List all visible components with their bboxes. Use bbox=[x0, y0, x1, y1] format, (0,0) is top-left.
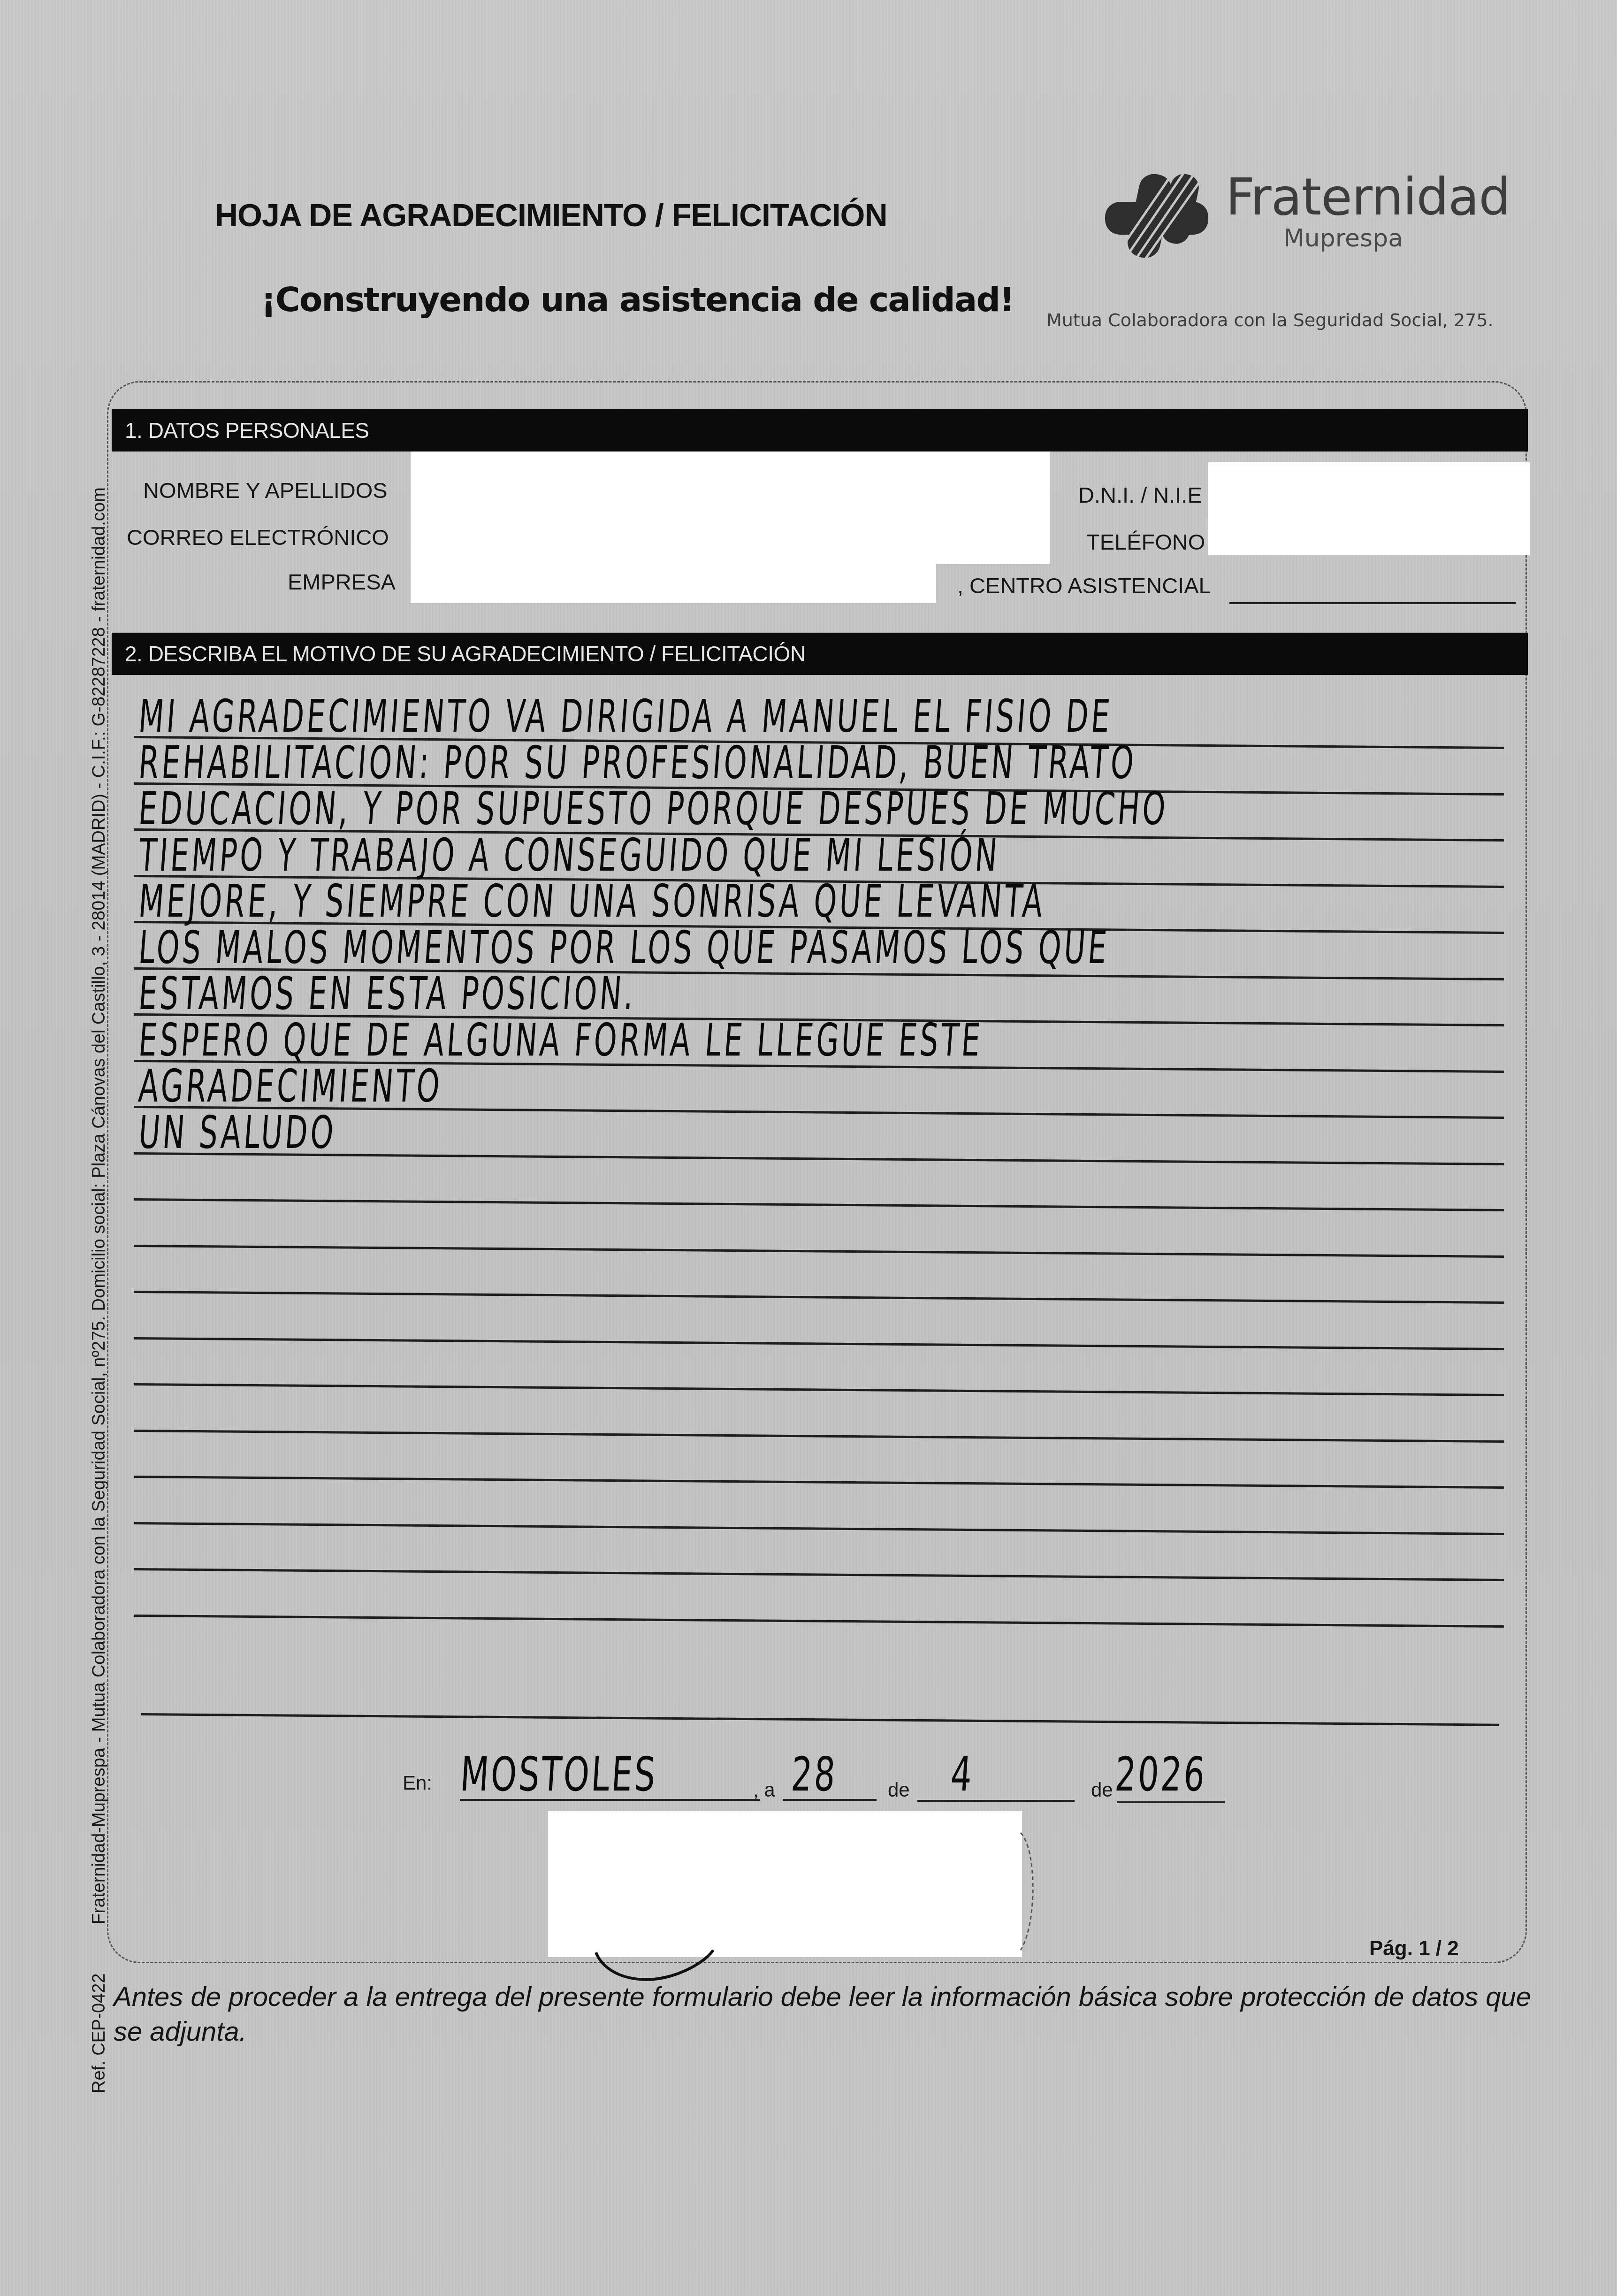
handwritten-line: LOS MALOS MOMENTOS POR LOS QUE PASAMOS L… bbox=[137, 921, 1111, 974]
section-title: 2. DESCRIBA EL MOTIVO DE SU AGRADECIMIEN… bbox=[125, 641, 806, 666]
signature-box-edge bbox=[1018, 1830, 1046, 1952]
side-legal-text: Fraternidad-Muprespa - Mutua Colaborador… bbox=[89, 487, 109, 1924]
company-field-redacted[interactable] bbox=[411, 563, 936, 603]
place-line bbox=[460, 1799, 760, 1801]
handwritten-line: MI AGRADECIMIENTO VA DIRIGIDA A MANUEL E… bbox=[137, 690, 1114, 742]
form-frame bbox=[107, 381, 1527, 1963]
day-line bbox=[783, 1799, 877, 1801]
handwritten-line: TIEMPO Y TRABAJO A CONSEGUIDO QUE MI LES… bbox=[137, 829, 1002, 881]
care-center-label: , CENTRO ASISTENCIAL bbox=[957, 573, 1211, 598]
care-center-field[interactable] bbox=[1229, 602, 1516, 604]
logo-brand-name: Fraternidad bbox=[1226, 168, 1510, 227]
handwritten-line: REHABILITACION: POR SU PROFESIONALIDAD, … bbox=[137, 736, 1138, 789]
name-email-field-redacted[interactable] bbox=[411, 452, 1050, 564]
handwritten-line: AGRADECIMIENTO bbox=[137, 1060, 444, 1112]
document-title: HOJA DE AGRADECIMIENTO / FELICITACIÓN bbox=[215, 197, 887, 234]
month-line bbox=[917, 1800, 1075, 1802]
year-line bbox=[1117, 1801, 1225, 1803]
name-label: NOMBRE Y APELLIDOS bbox=[143, 477, 388, 503]
handwritten-line: MEJORE, Y SIEMPRE CON UNA SONRISA QUE LE… bbox=[137, 875, 1047, 927]
handwritten-line: ESPERO QUE DE ALGUNA FORMA LE LLEGUE EST… bbox=[137, 1014, 985, 1066]
form-reference: Ref. CEP-0422 bbox=[89, 1973, 109, 2093]
id-phone-field-redacted[interactable] bbox=[1208, 462, 1530, 555]
handwritten-line: EDUCACION, Y POR SUPUESTO PORQUE DESPUES… bbox=[137, 782, 1170, 835]
id-label: D.N.I. / N.I.E bbox=[1078, 482, 1202, 508]
phone-label: TELÉFONO bbox=[1086, 529, 1205, 555]
logo-brand-subname: Muprespa bbox=[1283, 224, 1403, 253]
section-title: 1. DATOS PERSONALES bbox=[125, 418, 369, 443]
day-prefix-label: , a bbox=[753, 1779, 775, 1801]
company-label: EMPRESA bbox=[288, 569, 396, 595]
data-protection-notice: Antes de proceder a la entrega del prese… bbox=[114, 1980, 1540, 2049]
handwritten-line: ESTAMOS EN ESTA POSICION. bbox=[137, 967, 639, 1020]
page-number: Pág. 1 / 2 bbox=[1369, 1937, 1459, 1960]
fraternidad-cross-logo-icon bbox=[1096, 169, 1218, 263]
logo-tagline: Mutua Colaboradora con la Seguridad Soci… bbox=[1046, 310, 1494, 330]
year-prefix-label: de bbox=[1091, 1779, 1113, 1801]
document-subtitle: ¡Construyendo una asistencia de calidad! bbox=[261, 280, 1014, 319]
section-reason-header: 2. DESCRIBA EL MOTIVO DE SU AGRADECIMIEN… bbox=[112, 633, 1528, 675]
email-label: CORREO ELECTRÓNICO bbox=[127, 524, 389, 550]
place-label: En: bbox=[403, 1772, 432, 1794]
year-value[interactable]: 2026 bbox=[1114, 1747, 1208, 1802]
section-personal-data-header: 1. DATOS PERSONALES bbox=[112, 409, 1528, 452]
signature-redacted[interactable] bbox=[548, 1811, 1022, 1957]
day-value[interactable]: 28 bbox=[790, 1747, 839, 1802]
place-value[interactable]: MOSTOLES bbox=[459, 1747, 659, 1802]
month-prefix-label: de bbox=[888, 1779, 910, 1801]
month-value[interactable]: 4 bbox=[949, 1747, 976, 1802]
handwritten-line: UN SALUDO bbox=[137, 1106, 338, 1159]
